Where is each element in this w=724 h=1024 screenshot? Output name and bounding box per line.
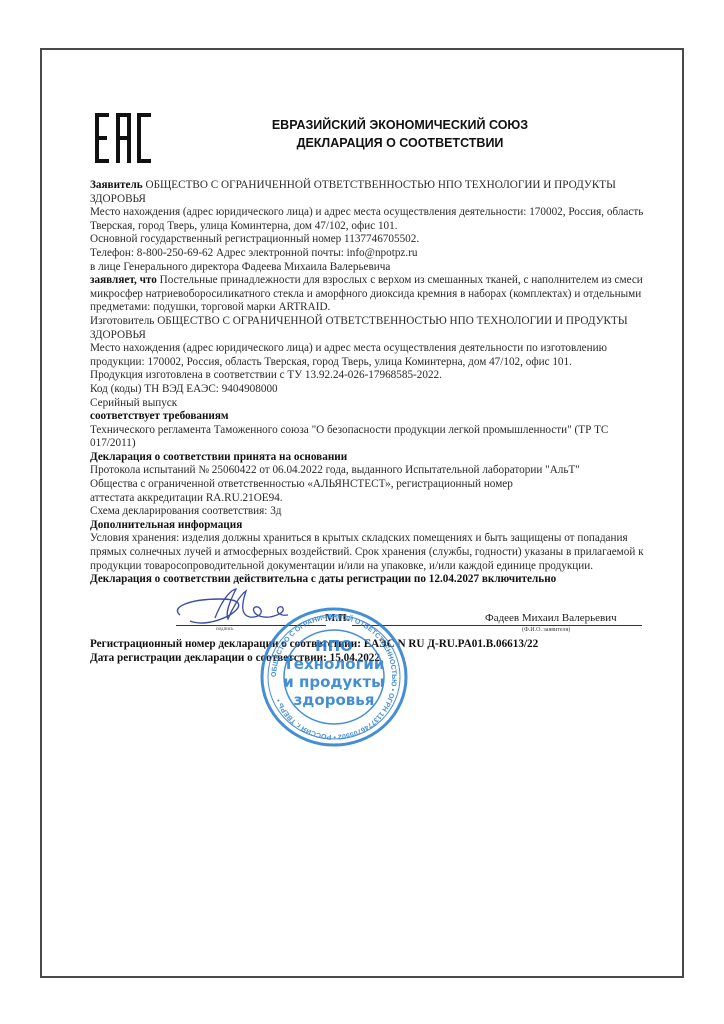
svg-text:НПО: НПО [315,637,353,655]
applicant-address: Место нахождения (адрес юридического лиц… [90,206,645,233]
conformity-regulation: Технического регламента Таможенного союз… [90,424,645,451]
document-header: ЕВРАЗИЙСКИЙ ЭКОНОМИЧЕСКИЙ СОЮЗ ДЕКЛАРАЦИ… [230,116,570,152]
tn-ved-code: Код (коды) ТН ВЭД ЕАЭС: 9404908000 [90,383,645,397]
applicant-representative: в лице Генерального директора Фадеева Ми… [90,261,645,275]
test-lab: Общества с ограниченной ответственностью… [90,478,645,492]
company-stamp-icon: ОБЩЕСТВО С ОГРАНИЧЕННОЙ ОТВЕТСТВЕННОСТЬЮ… [258,605,410,750]
svg-text:Технологии: Технологии [284,655,385,673]
signer-caption: (Ф.И.О. заявителя) [522,627,570,633]
svg-text:и продукты: и продукты [283,673,384,691]
conformity-heading: соответствует требованиям [90,410,645,424]
declaration-scheme: Схема декларирования соответствия: 3д [90,505,645,519]
signer-name: Фадеев Михаил Валерьевич [485,612,617,624]
declaration-title: ДЕКЛАРАЦИЯ О СООТВЕТСТВИИ [230,134,570,152]
declaration-statement: заявляет, что Постельные принадлежности … [90,274,645,315]
test-protocol: Протокола испытаний № 25060422 от 06.04.… [90,464,645,478]
svg-text:здоровья: здоровья [294,691,375,709]
manufacturer-name: Изготовитель ОБЩЕСТВО С ОГРАНИЧЕННОЙ ОТВ… [90,315,645,342]
product-spec: Продукция изготовлена в соответствии с Т… [90,369,645,383]
accreditation: аттестата аккредитации RA.RU.21ОЕ94. [90,492,645,506]
manufacturer-address: Место нахождения (адрес юридического лиц… [90,342,645,369]
storage-conditions: Условия хранения: изделия должны хранить… [90,532,645,573]
eac-mark-icon [95,113,151,163]
union-title: ЕВРАЗИЙСКИЙ ЭКОНОМИЧЕСКИЙ СОЮЗ [230,116,570,134]
production-type: Серийный выпуск [90,397,645,411]
additional-info-heading: Дополнительная информация [90,519,645,533]
applicant-ogrn: Основной государственный регистрационный… [90,233,645,247]
applicant-name: Заявитель ОБЩЕСТВО С ОГРАНИЧЕННОЙ ОТВЕТС… [90,179,645,206]
declaration-body: Заявитель ОБЩЕСТВО С ОГРАНИЧЕННОЙ ОТВЕТС… [90,179,645,587]
basis-heading: Декларация о соответствии принята на осн… [90,451,645,465]
applicant-contacts: Телефон: 8-800-250-69-62 Адрес электронн… [90,247,645,261]
